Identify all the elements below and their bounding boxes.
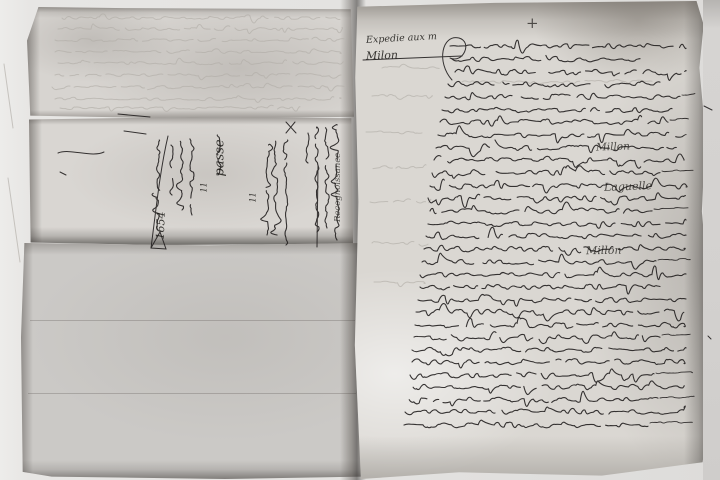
rotated-ditto-mark: 11 [249,189,258,203]
rotated-ditto-mark: 11 [200,179,209,193]
rotated-note-heading: Recognoissance [333,136,343,222]
margin-note-line2: Milon [366,48,398,62]
body-word-millon: Millon [586,244,622,258]
handwriting-layer [0,0,720,480]
manuscript-scan: Expedie aux m Milon + Recognoissance pas… [0,0,720,480]
rotated-note-date: 1654 [154,197,168,239]
cross-mark: + [526,14,539,32]
body-word-millon: Millon [596,140,630,153]
rotated-note-passe: passe [213,135,228,177]
body-word-laguelle: Laguelle [604,179,652,194]
